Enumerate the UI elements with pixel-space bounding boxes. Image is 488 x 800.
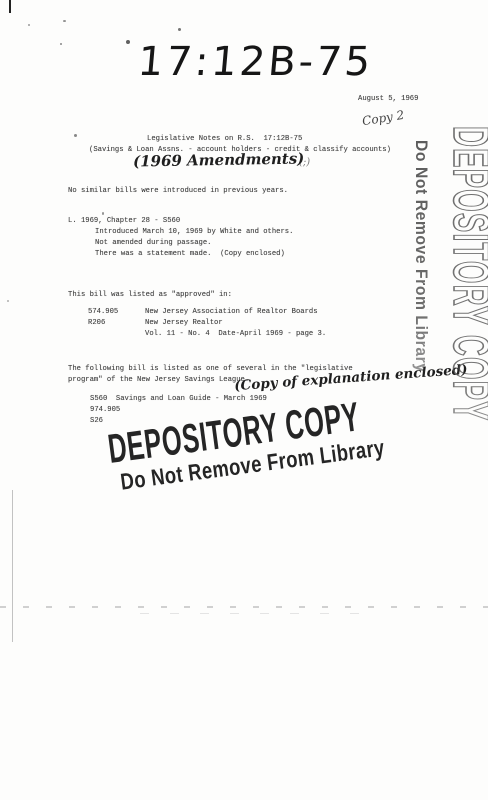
law-line: L. 1969, Chapter 28 - S560 [68,216,180,227]
scan-noise-line [0,606,488,608]
approved-heading: This bill was listed as "approved" in: [68,290,232,301]
depository-stamp-vertical-outline: DEPOSITORY COPY [432,126,488,636]
scan-speck [74,134,77,137]
depository-stamp-vertical-subtitle-text: Do Not Remove From Library [410,140,431,373]
scan-artifact-tick [9,0,11,13]
scan-edge-line [12,490,13,642]
league-citation-line: S560 Savings and Loan Guide - March 1969 [90,394,267,405]
handwritten-amendments-note: (1969 Amendments) [133,150,305,171]
scan-noise-line [140,613,370,614]
league-citation-line: S26 [90,416,103,427]
scan-speck [60,43,62,45]
law-line: There was a statement made. (Copy enclos… [95,249,285,260]
document-date: August 5, 1969 [358,94,418,105]
scanned-page: { "document": { "handwritten_case_number… [0,0,488,800]
law-line: Not amended during passage. [95,238,211,249]
league-citation-line: 974.905 [90,405,120,416]
scan-speck [63,20,66,22]
depository-stamp-vertical-subtitle: Do Not Remove From Library [409,140,431,385]
scan-speck [102,212,104,215]
scan-speck [126,40,130,44]
law-line: Introduced March 10, 1969 by White and o… [95,227,293,238]
citation-text: New Jersey Association of Realtor Boards [145,307,318,318]
scan-speck [28,24,30,26]
scan-speck [178,28,181,31]
citation-text: Vol. 11 - No. 4 Date-April 1969 - page 3… [145,329,326,340]
no-similar-bills-line: No similar bills were introduced in prev… [68,186,288,197]
handwritten-copy-note: Copy 2 [361,108,405,128]
citation-call-number: 574.905 [88,307,118,318]
scan-speck [7,300,9,302]
program-note-line: program" of the New Jersey Savings Leagu… [68,375,249,386]
depository-stamp-vertical-title: DEPOSITORY COPY [445,126,488,422]
citation-call-number: R206 [88,318,105,329]
handwritten-small-mark: (;) [299,157,310,168]
handwritten-case-number: 17:12B-75 [136,36,376,88]
citation-text: New Jersey Realtor [145,318,223,329]
document-title: Legislative Notes on R.S. 17:12B-75 [147,134,302,145]
